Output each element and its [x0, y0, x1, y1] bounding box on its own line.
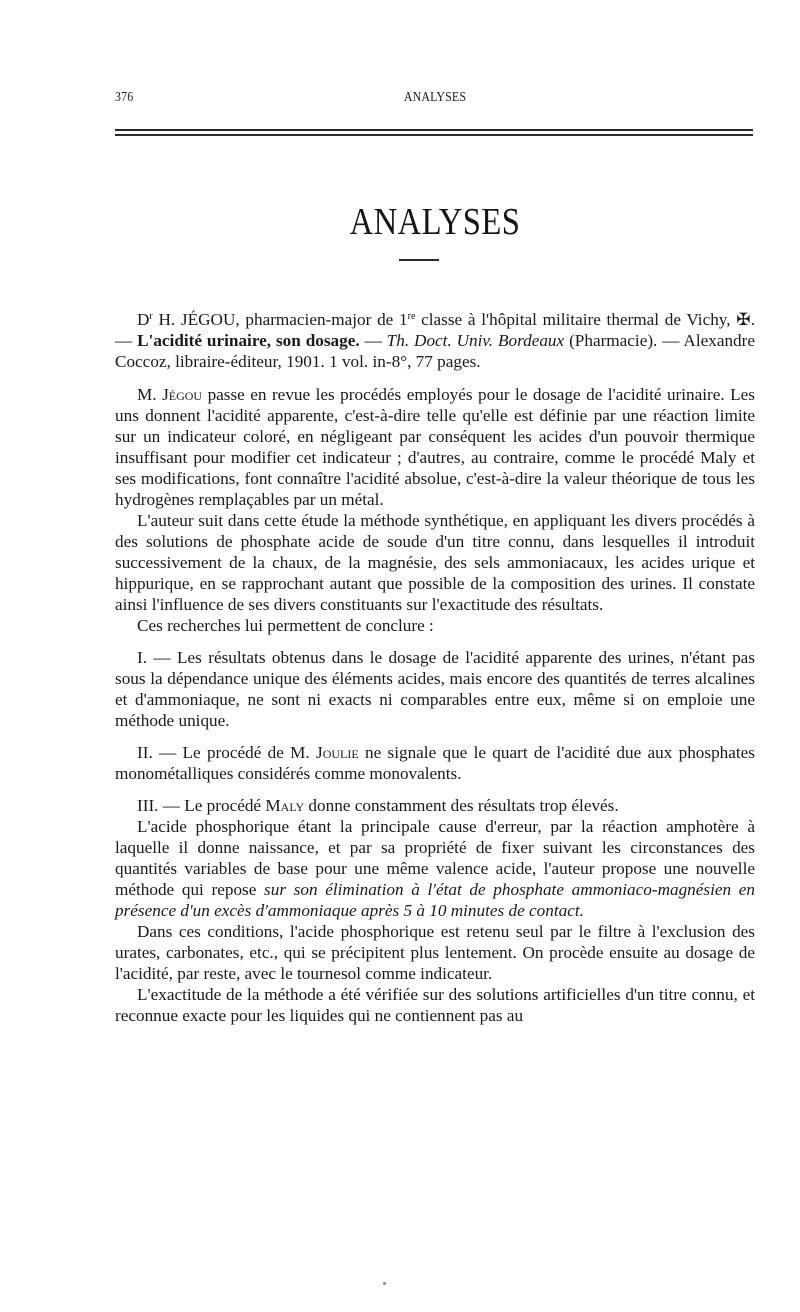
- author-prefix: D: [137, 310, 149, 329]
- p1-text: passe en revue les procédés employés pou…: [115, 385, 755, 509]
- paragraph-2: L'auteur suit dans cette étude la méthod…: [115, 510, 755, 615]
- header-double-rule: [115, 129, 753, 139]
- page-number: 376: [115, 90, 133, 106]
- title-underline-rule: [399, 259, 439, 261]
- conclusion-1: I. — Les résultats obtenus dans le dosag…: [115, 647, 755, 731]
- section-title: ANALYSES: [160, 200, 710, 244]
- running-title: ANALYSES: [163, 90, 707, 106]
- c2-prefix: II. — Le procédé de M.: [137, 743, 316, 762]
- running-head: 376 ANALYSES: [115, 90, 755, 110]
- paragraph-5: Dans ces conditions, l'acide phosphoriqu…: [115, 921, 755, 984]
- paragraph-3: Ces recherches lui permettent de conclur…: [115, 615, 755, 636]
- work-title: L'acidité urinaire, son dosage.: [137, 331, 360, 350]
- separator: —: [360, 331, 387, 350]
- paragraph-1: M. Jégou passe en revue les procédés emp…: [115, 384, 755, 510]
- body-text: Dr H. JÉGOU, pharmacien-major de 1re cla…: [115, 309, 755, 1026]
- author-name: H. JÉGOU, pharmacien-major de 1: [153, 310, 408, 329]
- author-affiliation: classe à l'hôpital militaire thermal de …: [415, 310, 736, 329]
- paragraph-4: L'acide phosphorique étant la principale…: [115, 816, 755, 921]
- conclusion-2: II. — Le procédé de M. Joulie ne signale…: [115, 742, 755, 784]
- paragraph-6: L'exactitude de la méthode a été vérifié…: [115, 984, 755, 1026]
- maly-smallcaps: Maly: [265, 796, 304, 815]
- thesis-info: Th. Doct. Univ. Bordeaux: [387, 331, 565, 350]
- rule-top: [115, 129, 753, 131]
- joulie-smallcaps: Joulie: [316, 743, 359, 762]
- p1-prefix: M.: [137, 385, 162, 404]
- conclusion-3: III. — Le procédé Maly donne constamment…: [115, 795, 755, 816]
- cross-icon: ✠: [736, 310, 750, 329]
- c3-text: donne constamment des résultats trop éle…: [304, 796, 619, 815]
- citation-paragraph: Dr H. JÉGOU, pharmacien-major de 1re cla…: [115, 309, 755, 372]
- scan-speck: [383, 1282, 386, 1285]
- rule-bottom: [115, 134, 753, 136]
- c3-prefix: III. — Le procédé: [137, 796, 265, 815]
- author-name-smallcaps: Jégou: [162, 385, 202, 404]
